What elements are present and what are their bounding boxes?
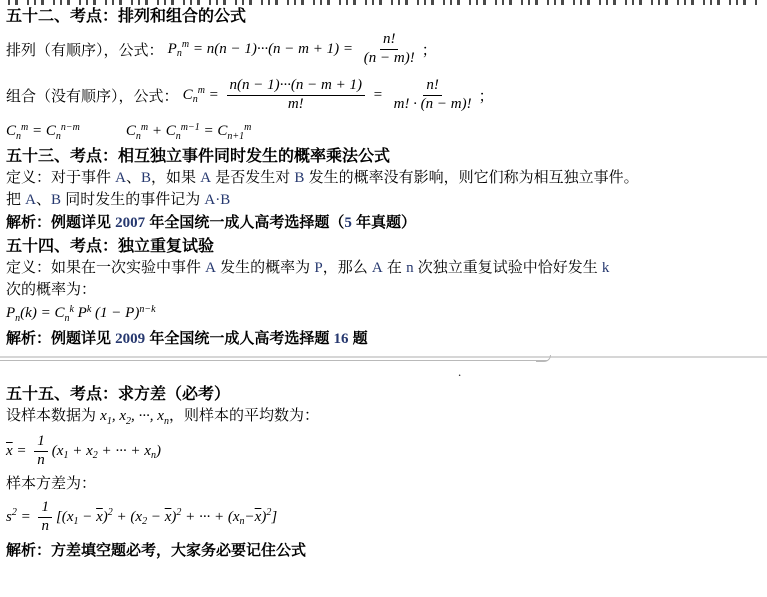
text-segment: P (74, 305, 87, 321)
text-segment: 5 (344, 215, 352, 231)
text-segment: C (54, 305, 64, 321)
text-segment: 发生的概率没有影响，则它们称为相互独立事件。 (304, 169, 638, 186)
text-segment: 排列（有顺序），公式： (6, 39, 168, 60)
text-segment: k (602, 260, 610, 276)
fraction-denominator: n (38, 518, 52, 535)
text-segment: B (294, 170, 304, 186)
text-segment: ) (156, 443, 161, 460)
text-segment: = (369, 87, 387, 104)
text-segment: B (51, 192, 61, 208)
text-segment: 定义：如果在一次实验中事件 (6, 259, 205, 276)
text-segment: n−m (61, 122, 80, 133)
text-segment: 2007 (115, 215, 145, 231)
text-segment: x (86, 443, 93, 460)
text-segment: 设样本数据为 (6, 407, 100, 424)
text-segment: m (141, 122, 148, 133)
text-segment: x (157, 408, 164, 424)
mean-formula-line: x = 1n(x1 + x2 + ··· + xn) (6, 429, 759, 473)
text-segment: + (68, 443, 86, 460)
repeated-trials-definition-line-1: 定义：如果在一次实验中事件 A 发生的概率为 P，那么 A 在 n 次独立重复试… (6, 257, 759, 279)
text-segment: 2 (266, 507, 271, 518)
fraction-numerator: n! (380, 31, 399, 49)
text-segment: n (240, 516, 245, 527)
repeated-trials-definition-line-2: 次的概率为： (6, 279, 759, 301)
text-segment: m−1 (181, 122, 200, 133)
text-segment: 发生的概率为 (216, 259, 314, 276)
text-segment: ，如果 (151, 169, 200, 186)
text-segment: x (96, 509, 103, 526)
text-segment: P (6, 305, 15, 321)
text-segment: C (46, 123, 56, 139)
combination-identities-line: Cnm = Cnn−mCnm + Cnm−1 = Cn+1m (6, 119, 759, 145)
variance-formula-line: s2 = 1n[(x1 − x)2 + (x2 − x)2 + ··· + (x… (6, 495, 759, 539)
text-segment: − (147, 509, 165, 526)
text-segment: 2 (108, 507, 113, 518)
fraction-denominator: (n − m)! (361, 50, 418, 67)
page-break-line-full (0, 356, 767, 358)
document-page: 五十二、考点：排列和组合的公式 排列（有顺序），公式： Pnm = n(n − … (0, 0, 767, 562)
text-segment: 年全国统一成人高考选择题（ (145, 214, 344, 231)
text-segment: 2009 (115, 331, 145, 347)
fraction-numerator: n(n − 1)···(n − m + 1) (227, 77, 365, 95)
fraction: n(n − 1)···(n − m + 1)m! (227, 77, 365, 113)
clipped-text-remnant (8, 0, 757, 5)
text-segment: + ··· + (98, 443, 145, 460)
text-segment: ] (271, 509, 277, 526)
text-segment: = (200, 123, 218, 139)
text-segment: ； (479, 85, 494, 106)
section-53-analysis-line: 解析：例题详见 2007 年全国统一成人高考选择题（5 年真题） (6, 211, 759, 235)
text-segment: 次独立重复试验中恰好发生 (414, 259, 602, 276)
permutation-formula-line: 排列（有顺序），公式： Pnm = n(n − 1)···(n − m + 1)… (6, 27, 759, 71)
text-segment: + ··· + ( (181, 509, 233, 526)
text-segment: C (217, 123, 227, 139)
fraction-denominator: m! · (n − m)! (391, 96, 475, 113)
text-segment: A (372, 260, 383, 276)
section-52-heading: 五十二、考点：排列和组合的公式 (6, 6, 759, 27)
text-segment: n (151, 450, 156, 461)
text-segment: x (67, 509, 74, 526)
page-edge-line-short (0, 360, 548, 361)
text-segment: , ···, (131, 408, 157, 424)
text-segment: = (17, 509, 35, 526)
text-segment: − (78, 509, 96, 526)
text-segment: 1 (63, 450, 68, 461)
text-segment: x (100, 408, 107, 424)
text-segment: x (119, 408, 126, 424)
text-segment: k (69, 304, 73, 315)
fraction-denominator: m! (285, 96, 307, 113)
text-segment: C (166, 123, 176, 139)
fraction-numerator: 1 (38, 499, 52, 517)
text-segment: 解析：例题详见 (6, 330, 115, 347)
text-segment: n (164, 416, 169, 427)
text-segment: n+1 (227, 131, 244, 142)
text-segment: A (205, 260, 216, 276)
text-segment: + (148, 123, 166, 139)
text-segment: x (135, 509, 142, 526)
text-segment: 样本方差为： (6, 475, 96, 492)
text-segment: P (314, 260, 322, 276)
sample-data-intro-line: 设样本数据为 x1, x2, ···, xn，则样本的平均数为： (6, 405, 759, 429)
text-segment: (1 − P) (91, 305, 139, 321)
text-segment: C (6, 123, 16, 139)
text-segment: ，那么 (323, 259, 372, 276)
section-54-analysis-line: 解析：例题详见 2009 年全国统一成人高考选择题 16 题 (6, 327, 759, 351)
page-break-divider (6, 354, 759, 367)
text-segment: A (25, 192, 36, 208)
text-segment: n−k (139, 304, 155, 315)
text-segment: n (15, 313, 20, 324)
text-segment: A·B (204, 192, 230, 208)
text-segment: x (233, 509, 240, 526)
text-segment: 1 (107, 416, 112, 427)
text-segment: ； (422, 39, 437, 60)
text-segment: [( (56, 509, 67, 526)
text-segment: 、 (36, 191, 51, 208)
fraction: 1n (34, 433, 48, 469)
text-segment: 年全国统一成人高考选择题 (145, 330, 333, 347)
section-55-analysis-line: 解析：方差填空题必考，大家务必要记住公式 (6, 539, 759, 562)
stray-dot: . (6, 367, 759, 377)
section-55-heading: 五十五、考点：求方差（必考） (6, 384, 759, 405)
text-segment: k (87, 304, 91, 315)
text-segment: x (57, 443, 64, 460)
fraction: 1n (38, 499, 52, 535)
text-segment: = (28, 123, 46, 139)
text-segment: P (168, 41, 177, 58)
text-segment: ，则样本的平均数为： (169, 407, 319, 424)
text-segment: x (6, 443, 13, 460)
text-segment: C (183, 87, 193, 104)
text-segment: 解析：例题详见 (6, 214, 115, 231)
text-segment: 16 (334, 331, 349, 347)
text-segment: (k) = (20, 305, 54, 321)
text-segment: 解析：方差填空题必考，大家务必要记住公式 (6, 542, 306, 559)
text-segment: 2 (93, 450, 98, 461)
text-segment: = n(n − 1)···(n − m + 1) = (189, 41, 357, 58)
text-segment: 2 (12, 507, 17, 518)
text-segment: 2 (176, 507, 181, 518)
fraction-numerator: 1 (34, 433, 48, 451)
text-segment: C (126, 123, 136, 139)
text-segment: 把 (6, 191, 25, 208)
text-segment: 1 (73, 516, 78, 527)
text-segment: 2 (126, 416, 131, 427)
text-segment: 在 (383, 259, 406, 276)
text-segment: = (205, 87, 223, 104)
variance-label-line: 样本方差为： (6, 473, 759, 495)
fraction-denominator: n (34, 452, 48, 469)
text-segment: = (13, 443, 31, 460)
text-segment: B (141, 170, 151, 186)
text-segment: − (245, 509, 255, 526)
text-segment: A (115, 170, 126, 186)
text-segment: m (21, 122, 28, 133)
section-53-heading: 五十三、考点：相互独立事件同时发生的概率乘法公式 (6, 146, 759, 167)
independence-definition-line-1: 定义：对于事件 A、B，如果 A 是否发生对 B 发生的概率没有影响，则它们称为… (6, 167, 759, 189)
text-segment: 是否发生对 (211, 169, 294, 186)
text-segment: 组合（没有顺序），公式： (6, 85, 183, 106)
text-segment: n (406, 260, 414, 276)
text-segment: 题 (349, 330, 368, 347)
text-segment: 同时发生的事件记为 (61, 191, 204, 208)
text-segment: m (182, 39, 189, 50)
text-segment: 、 (126, 169, 141, 186)
text-segment: + ( (113, 509, 136, 526)
text-segment: A (200, 170, 211, 186)
text-segment: 次的概率为： (6, 281, 96, 298)
fraction: n!(n − m)! (361, 31, 418, 67)
section-54-heading: 五十四、考点：独立重复试验 (6, 236, 759, 257)
page-edge-curve (536, 355, 551, 362)
text-segment: 2 (142, 516, 147, 527)
fraction-numerator: n! (423, 77, 442, 95)
combination-formula-line: 组合（没有顺序），公式： Cnm = n(n − 1)···(n − m + 1… (6, 71, 759, 119)
text-segment: x (144, 443, 151, 460)
text-segment: m (244, 122, 251, 133)
text-segment: 定义：对于事件 (6, 169, 115, 186)
text-segment: m (198, 85, 205, 96)
text-segment: 年真题） (352, 214, 416, 231)
independence-definition-line-2: 把 A、B 同时发生的事件记为 A·B (6, 189, 759, 211)
fraction: n!m! · (n − m)! (391, 77, 475, 113)
bernoulli-probability-formula-line: Pn(k) = Cnk Pk (1 − P)n−k (6, 301, 759, 327)
